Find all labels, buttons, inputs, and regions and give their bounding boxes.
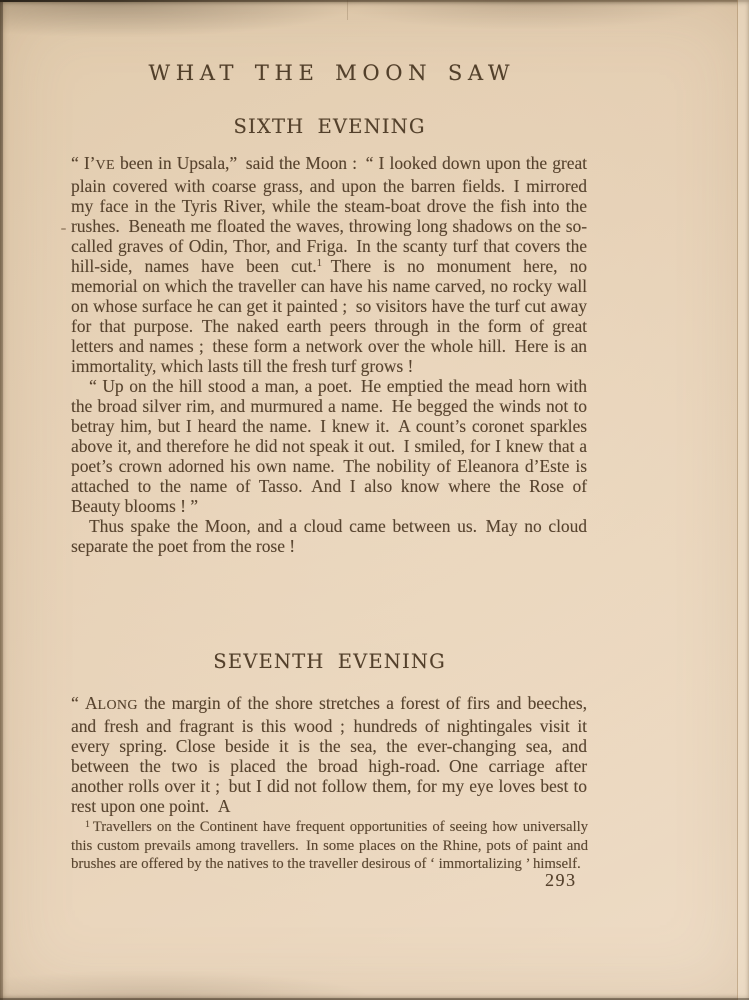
smallcaps-text: LONG <box>98 698 138 713</box>
page-number: 293 <box>545 870 577 891</box>
footnote-text: Travellers on the Continent have frequen… <box>71 819 588 872</box>
page-edge-top <box>0 0 749 2</box>
book-page-photo: WHAT THE MOON SAW SIXTH EVENING “ I’VE b… <box>0 0 749 1000</box>
smallcaps-text: VE <box>95 158 114 173</box>
footnote-paragraph: 1Travellers on the Continent have freque… <box>71 818 588 874</box>
paragraph: “ I’VE been in Upsala,” said the Moon : … <box>71 153 587 376</box>
page-deckle-right <box>738 0 749 1000</box>
page-edge-left <box>0 0 3 1000</box>
seventh-evening-section: “ ALONG the margin of the shore stretche… <box>71 693 587 816</box>
paragraph-open: “ I’ <box>71 153 95 173</box>
paragraph: “ ALONG the margin of the shore stretche… <box>71 693 587 816</box>
paper-crease <box>347 0 348 20</box>
print-artifact-mark <box>61 228 66 230</box>
paragraph: Thus spake the Moon, and a cloud came be… <box>71 516 587 556</box>
seventh-evening-heading: SEVENTH EVENING <box>72 650 586 674</box>
paragraph-open: “ A <box>71 693 98 713</box>
footnote-marker: 1 <box>85 820 90 830</box>
paragraph-text: the margin of the shore stretches a fore… <box>71 693 587 816</box>
footnote: 1Travellers on the Continent have freque… <box>71 818 588 874</box>
sixth-evening-heading: SIXTH EVENING <box>72 115 586 139</box>
sixth-evening-section: “ I’VE been in Upsala,” said the Moon : … <box>71 153 587 556</box>
running-head: WHAT THE MOON SAW <box>72 60 586 86</box>
paragraph: “ Up on the hill stood a man, a poet. He… <box>71 376 587 516</box>
